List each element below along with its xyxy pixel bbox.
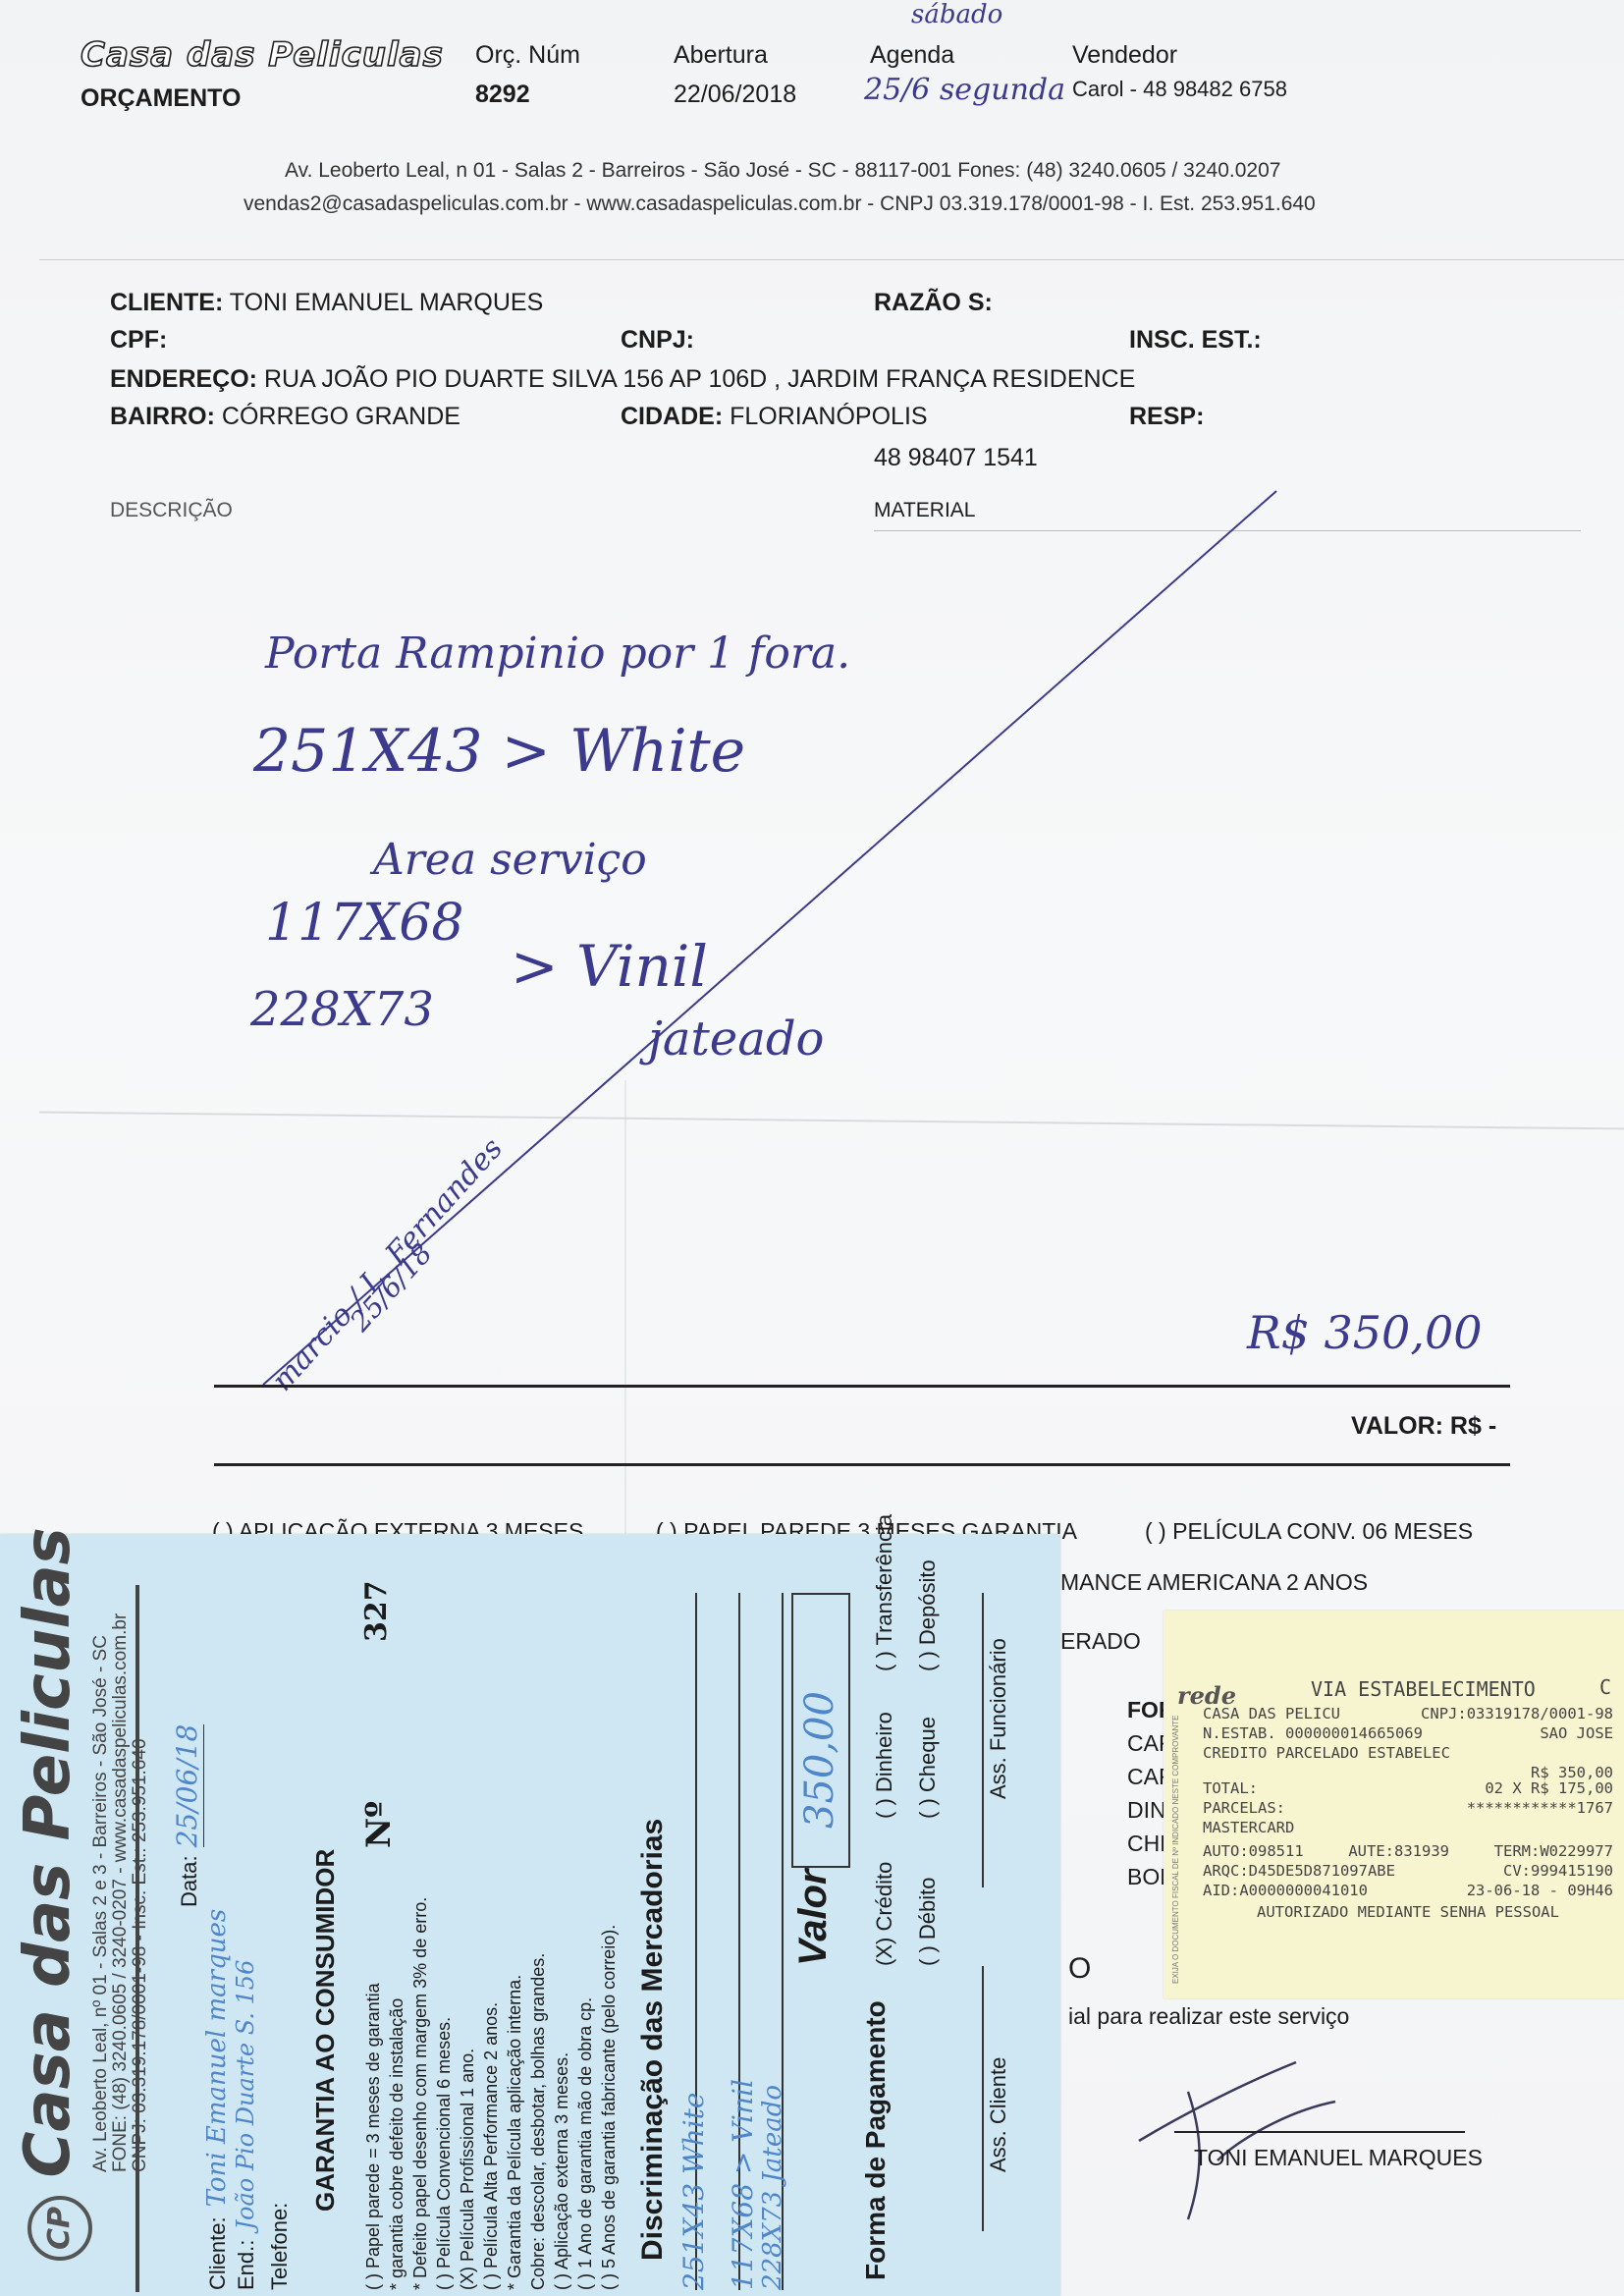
receipt-valor-label: Valor bbox=[791, 1869, 836, 1966]
payment-option-crédito[interactable]: (X) Crédito bbox=[872, 1862, 897, 1966]
signature-line bbox=[1174, 2131, 1465, 2133]
payment-option-depósito[interactable]: ( ) Depósito bbox=[915, 1559, 941, 1671]
option-performance-partial: MANCE AMERICANA 2 ANOS bbox=[1060, 1569, 1368, 1596]
receipt-cliente-label: Cliente: bbox=[205, 2216, 230, 2290]
slip-side-text: EXIJA O DOCUMENTO FISCAL DE Nº INDICADO … bbox=[1171, 1716, 1180, 1984]
slip-footer: AUTORIZADO MEDIANTE SENHA PESSOAL bbox=[1257, 1903, 1559, 1921]
slip-via-code: C bbox=[1599, 1675, 1611, 1699]
receipt-end-row: End.:João Pio Duarte S. 156 bbox=[232, 1960, 259, 2290]
payment-option-transferência[interactable]: ( ) Transferência bbox=[872, 1514, 897, 1671]
slip-parcelas: 02 X R$ 175,00 bbox=[1485, 1779, 1613, 1797]
option-pelicula-conv[interactable]: ( ) PELÍCULA CONV. 06 MESES bbox=[1145, 1518, 1473, 1545]
receipt-cliente-value: Toni Emanuel marques bbox=[202, 1909, 232, 2208]
receipt-number: 327 bbox=[359, 1580, 394, 1642]
discriminacao-item: 117X68 > Vinil bbox=[727, 2079, 759, 2290]
slip-cv: CV:999415190 bbox=[1503, 1862, 1613, 1880]
slip-total-label: TOTAL: bbox=[1203, 1779, 1258, 1797]
handwritten-line: > Vinil bbox=[511, 933, 708, 1000]
payment-option-cheque[interactable]: ( ) Cheque bbox=[915, 1717, 941, 1819]
slip-auto: AUTO:098511 bbox=[1203, 1842, 1304, 1860]
option-erado-partial: ERADO bbox=[1060, 1628, 1141, 1655]
discriminacao-item: 251X43 White bbox=[677, 2093, 710, 2291]
receipt-phone: FONE: (48) 3240.0605 / 3240-0207 - www.c… bbox=[110, 1613, 132, 2172]
warranty-item[interactable]: ( ) 1 Ano de garantia mão de obra cp. bbox=[575, 1997, 596, 2290]
receipt-warranty-title: GARANTIA AO CONSUMIDOR bbox=[310, 1849, 341, 2212]
slip-city: SAO JOSE bbox=[1540, 1724, 1613, 1742]
warranty-receipt: CP Casa das Peliculas Av. Leoberto Leal,… bbox=[0, 1534, 1060, 2296]
ass-funcionario-label: Ass. Funcionário bbox=[986, 1638, 1011, 1799]
slip-parcelas-label: PARCELAS: bbox=[1203, 1799, 1285, 1817]
warranty-item: * garantia cobre defeito de instalação bbox=[387, 1998, 407, 2290]
handwritten-line: 251X43 > White bbox=[253, 717, 745, 786]
warranty-item: * Garantia da Película aplicação interna… bbox=[505, 1975, 525, 2290]
slip-datetime: 23-06-18 - 09H46 bbox=[1467, 1882, 1613, 1899]
slip-card-brand: MASTERCARD bbox=[1203, 1819, 1294, 1836]
valor-label: VALOR: R$ - bbox=[1351, 1412, 1496, 1441]
slip-card-masked: ************1767 bbox=[1467, 1799, 1613, 1817]
warranty-item[interactable]: ( ) 5 Anos de garantia fabricante (pelo … bbox=[599, 1925, 620, 2290]
handwritten-line: Porta Rampinio por 1 fora. bbox=[265, 629, 850, 679]
slip-cnpj: CNPJ:03319178/0001-98 bbox=[1421, 1705, 1613, 1722]
ass-cliente-label: Ass. Cliente bbox=[986, 2057, 1011, 2172]
receipt-valor-value: 350,00 bbox=[797, 1691, 842, 1829]
handwritten-line: 117X68 bbox=[265, 894, 463, 953]
warranty-item: * Defeito papel desenho com margem 3% de… bbox=[410, 1897, 431, 2290]
slip-arqc: ARQC:D45DE5D871097ABE bbox=[1203, 1862, 1395, 1880]
receipt-number-label: Nº bbox=[359, 1801, 399, 1848]
receipt-cnpj: CNPJ: 03.319.178/0001-98 - Insc. Est.: 2… bbox=[130, 1738, 151, 2172]
receipt-end-value: João Pio Duarte S. 156 bbox=[232, 1960, 259, 2230]
warranty-item[interactable]: ( ) Papel parede = 3 meses de garantia bbox=[363, 1983, 384, 2290]
receipt-date-value: 25/06/18 bbox=[171, 1724, 204, 1848]
client-signature-scribble bbox=[1129, 2023, 1424, 2259]
discriminacao-item: 228X73 Jateado bbox=[758, 2085, 787, 2290]
cp-logo-icon: CP bbox=[27, 2196, 92, 2261]
warranty-item[interactable]: ( ) Película Alta Performance 2 anos. bbox=[481, 2002, 502, 2290]
value-rule bbox=[214, 1463, 1510, 1466]
receipt-telefone-label: Telefone: bbox=[267, 2203, 293, 2290]
slip-n-estab: N.ESTAB. 000000014665069 bbox=[1203, 1724, 1423, 1742]
receipt-brand: Casa das Peliculas bbox=[12, 1527, 84, 2177]
handwritten-line: 228X73 bbox=[250, 982, 434, 1037]
slip-via: VIA ESTABELECIMENTO bbox=[1311, 1677, 1536, 1701]
receipt-address: Av. Leoberto Leal, nº 01 - Salas 2 e 3 -… bbox=[90, 1635, 112, 2172]
handwritten-value: R$ 350,00 bbox=[1247, 1306, 1482, 1359]
funcionario-signature-line bbox=[982, 1593, 984, 1887]
value-rule bbox=[214, 1385, 1510, 1388]
slip-transaction: CREDITO PARCELADO ESTABELEC bbox=[1203, 1744, 1450, 1762]
approval-title-partial: O bbox=[1068, 1952, 1091, 1986]
receipt-logo-row: CP Casa das Peliculas bbox=[12, 1527, 92, 2261]
payment-option-dinheiro[interactable]: ( ) Dinheiro bbox=[872, 1712, 897, 1819]
discriminacao-title: Discriminação das Mercadorias bbox=[636, 1819, 670, 2261]
slip-aid: AID:A0000000041010 bbox=[1203, 1882, 1368, 1899]
slip-aute: AUTE:831939 bbox=[1348, 1842, 1449, 1860]
warranty-item: Cobre: descolar, desbotar, bolhas grande… bbox=[528, 1953, 549, 2290]
forma-pagamento-label: Forma de Pagamento bbox=[860, 2000, 892, 2280]
receipt-date-label: Data: bbox=[177, 1855, 201, 1907]
handwritten-line: jateado bbox=[648, 1011, 824, 1066]
payment-option-débito[interactable]: ( ) Débito bbox=[915, 1878, 941, 1966]
cliente-signature-line bbox=[982, 1966, 984, 2231]
slip-merchant: CASA DAS PELICU bbox=[1203, 1705, 1340, 1722]
receipt-cliente-row: Cliente:Toni Emanuel marques bbox=[202, 1909, 232, 2290]
receipt-date-row: Data:25/06/18 bbox=[171, 1724, 203, 1907]
client-signature-name: TONI EMANUEL MARQUES bbox=[1194, 2145, 1483, 2171]
slip-term: TERM:W0229977 bbox=[1494, 1842, 1613, 1860]
receipt-divider bbox=[135, 1585, 139, 2292]
warranty-item[interactable]: ( ) Película Convencional 6 meses. bbox=[434, 2017, 455, 2290]
handwritten-line: Area serviço bbox=[373, 835, 647, 885]
warranty-item[interactable]: ( ) Aplicação externa 3 meses. bbox=[552, 2052, 572, 2290]
card-payment-slip: rede VIA ESTABELECIMENTO C CASA DAS PELI… bbox=[1164, 1611, 1624, 1998]
receipt-end-label: End.: bbox=[234, 2240, 258, 2290]
warranty-item[interactable]: (X) Película Profissional 1 ano. bbox=[458, 2049, 478, 2290]
